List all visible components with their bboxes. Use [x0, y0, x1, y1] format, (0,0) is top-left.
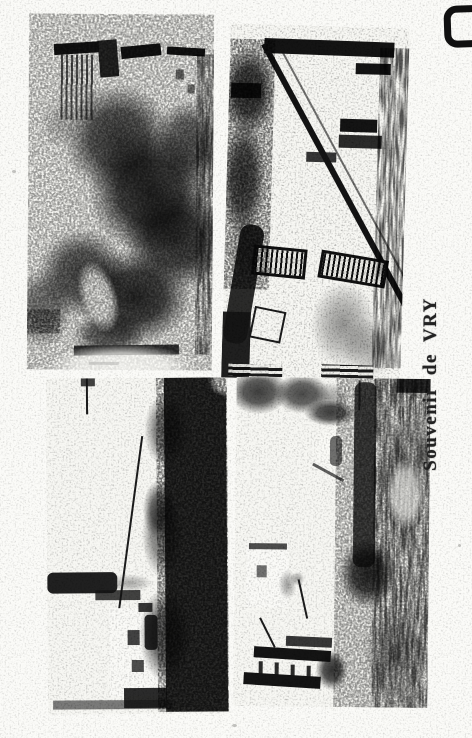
- foliage: [338, 538, 397, 609]
- foliage: [144, 393, 190, 468]
- window: [188, 84, 195, 93]
- dark-bush: [315, 650, 347, 690]
- bench: [321, 364, 373, 378]
- postcard-caption: Souvenir de VRY: [420, 285, 446, 483]
- slatted-shutter: [251, 244, 308, 279]
- window-shutter: [340, 119, 377, 133]
- railing-post: [259, 661, 263, 676]
- window: [257, 565, 267, 577]
- photo-top-right: [221, 24, 410, 383]
- foliage: [361, 606, 428, 697]
- roofline: [95, 590, 140, 600]
- scan-speck: [458, 544, 461, 547]
- photo-bottom-left: [46, 377, 229, 714]
- pole: [259, 617, 275, 647]
- roof-eave: [54, 41, 100, 55]
- window-shutter: [356, 63, 391, 75]
- window: [132, 660, 144, 672]
- roof-eave: [167, 46, 205, 56]
- pole-crossarm: [81, 378, 95, 386]
- scan-speck: [232, 724, 237, 727]
- ground-line: [53, 700, 173, 710]
- postcard-scan-page: Souvenir de VRY: [0, 0, 472, 738]
- photo-top-left: [27, 13, 214, 370]
- foliage: [142, 493, 185, 578]
- gable: [97, 39, 119, 77]
- foliage: [304, 400, 356, 427]
- window-shutter: [306, 152, 336, 163]
- scan-speck: [413, 472, 417, 475]
- bench: [228, 364, 282, 378]
- roof-eave: [120, 43, 161, 59]
- lattice-window: [249, 306, 287, 344]
- roofline: [286, 636, 332, 648]
- window: [128, 630, 140, 645]
- window: [176, 69, 184, 79]
- cart-shape: [330, 436, 342, 466]
- railing-post: [275, 662, 279, 677]
- railing-post: [291, 665, 295, 680]
- railing-post: [307, 666, 311, 681]
- window-shutter: [339, 135, 382, 149]
- building-roof: [249, 543, 287, 549]
- foliage: [139, 588, 192, 683]
- pole-top: [291, 572, 305, 586]
- photo-bottom-right: [233, 377, 430, 708]
- scan-speck: [12, 170, 16, 173]
- pen-c-mark: [443, 4, 472, 48]
